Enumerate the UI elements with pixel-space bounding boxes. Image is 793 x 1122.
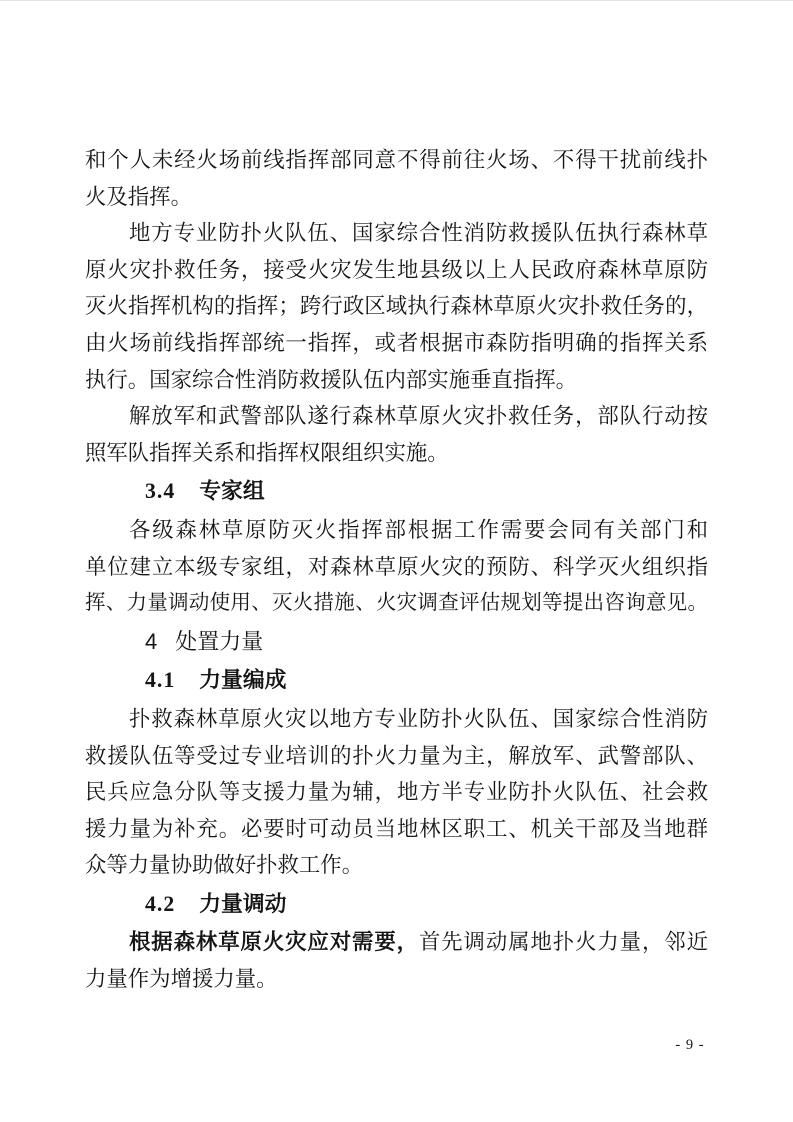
body-line: 由火场前线指挥部统一指挥，或者根据市森防指明确的指挥关系 [85,325,708,362]
body-line: 地方专业防扑火队伍、国家综合性消防救援队伍执行森林草 [85,215,708,252]
body-line: 灭火指挥机构的指挥；跨行政区域执行森林草原火灾扑救任务的， [85,288,708,325]
body-line: 和个人未经火场前线指挥部同意不得前往火场、不得干扰前线扑 [85,142,708,179]
page-number: - 9 - [640,1037,740,1054]
document-text-block: 和个人未经火场前线指挥部同意不得前往火场、不得干扰前线扑 火及指挥。 地方专业防… [85,142,708,998]
section-number: 4 [145,629,158,654]
body-line: 原火灾扑救任务，接受火灾发生地县级以上人民政府森林草原防 [85,252,708,289]
body-line: 各级森林草原防灭火指挥部根据工作需要会同有关部门和 [85,512,708,549]
section-title: 力量编成 [199,668,286,692]
section-title: 力量调动 [199,892,286,916]
section-heading-4-2: 4.2力量调动 [85,886,708,923]
section-heading-3-4: 3.4专家组 [85,473,708,510]
section-number: 3.4 [145,479,175,503]
section-title: 处置力量 [175,629,263,654]
document-page: 和个人未经火场前线指挥部同意不得前往火场、不得干扰前线扑 火及指挥。 地方专业防… [0,0,793,1122]
body-line: 火及指挥。 [85,179,708,216]
section-number: 4.2 [145,892,175,916]
body-line: 解放军和武警部队遂行森林草原火灾扑救任务，部队行动按 [85,398,708,435]
body-line: 单位建立本级专家组，对森林草原火灾的预防、科学灭火组织指 [85,549,708,586]
section-title: 专家组 [199,479,264,503]
body-line: 照军队指挥关系和指挥权限组织实施。 [85,435,708,472]
body-line-text: 首先调动属地扑火力量，邻近 [419,930,708,954]
body-line: 扑救森林草原火灾以地方专业防扑火队伍、国家综合性消防 [85,701,708,738]
bold-lead-phrase: 根据森林草原火灾应对需要， [129,930,419,954]
body-line: 众等力量协助做好扑救工作。 [85,847,708,884]
body-line: 执行。国家综合性消防救援队伍内部实施垂直指挥。 [85,362,708,399]
body-line: 救援队伍等受过专业培训的扑火力量为主，解放军、武警部队、 [85,738,708,775]
body-line: 援力量为补充。必要时可动员当地林区职工、机关干部及当地群 [85,811,708,848]
section-number: 4.1 [145,668,175,692]
body-line: 民兵应急分队等支援力量为辅，地方半专业防扑火队伍、社会救 [85,774,708,811]
chapter-heading-4: 4处置力量 [85,624,708,661]
section-heading-4-1: 4.1力量编成 [85,662,708,699]
body-line: 力量作为增援力量。 [85,961,708,998]
body-line: 挥、力量调动使用、灭火措施、火灾调查评估规划等提出咨询意见。 [85,585,708,622]
body-line: 根据森林草原火灾应对需要，首先调动属地扑火力量，邻近 [85,924,708,961]
